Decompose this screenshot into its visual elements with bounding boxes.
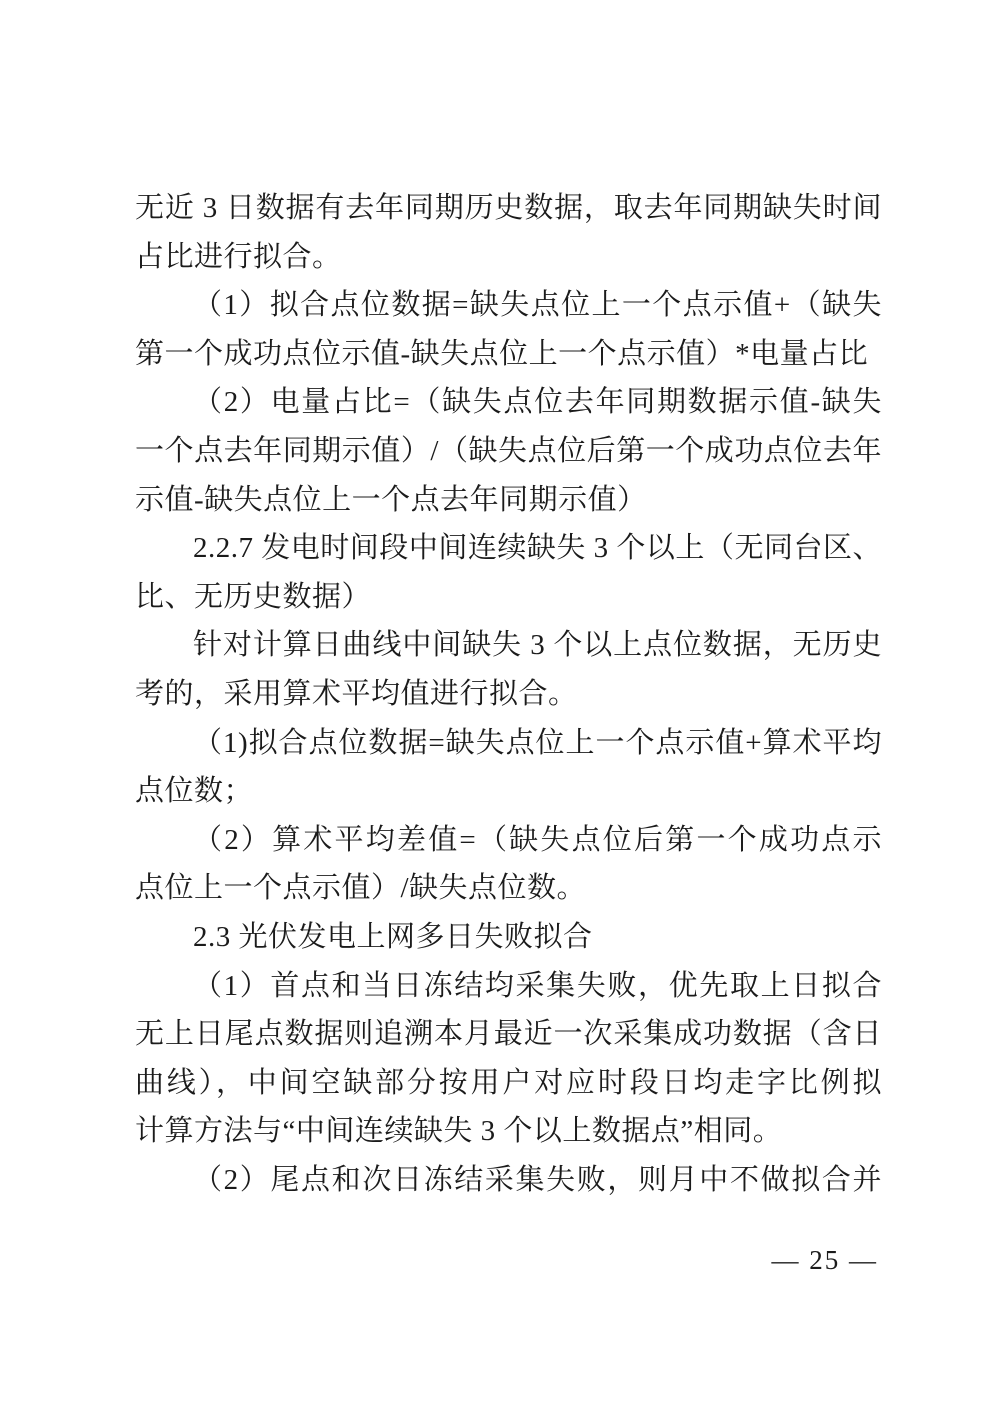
text-line: （1）首点和当日冻结均采集失败，优先取上日拟合尾点， [135,962,882,1011]
text-line: （2）算术平均差值=（缺失点位后第一个成功点示值-缺失 [135,816,882,865]
text-block: 无近 3 日数据有去年同期历史数据，取去年同期缺失时间段电量占比进行拟合。（1）… [135,184,882,1204]
text-line: 无上日尾点数据则追溯本月最近一次采集成功数据（含日冻结和 [135,1010,882,1059]
text-line: 示值-缺失点位上一个点去年同期示值） [135,476,882,525]
text-line: （2）电量占比=（缺失点位去年同期数据示值-缺失点位上 [135,378,882,427]
text-line: 2.3 光伏发电上网多日失败拟合 [135,913,882,962]
text-line: 占比进行拟合。 [135,233,882,282]
text-line: 2.2.7 发电时间段中间连续缺失 3 个以上（无同台区、无环 [135,524,882,573]
text-line: （1)拟合点位数据=缺失点位上一个点示值+算术平均差值* [135,719,882,768]
text-line: 曲线），中间空缺部分按用户对应时段日均走字比例拟合，拟合 [135,1059,882,1108]
text-line: 一个点去年同期示值）/（缺失点位后第一个成功点位去年同期 [135,427,882,476]
text-line: （1）拟合点位数据=缺失点位上一个点示值+（缺失点位后 [135,281,882,330]
text-line: 针对计算日曲线中间缺失 3 个以上点位数据，无历史数据参 [135,621,882,670]
text-line: 考的，采用算术平均值进行拟合。 [135,670,882,719]
text-line: 点位上一个点示值）/缺失点位数。 [135,864,882,913]
text-line: 计算方法与“中间连续缺失 3 个以上数据点”相同。 [135,1107,882,1156]
text-line: 点位数； [135,767,882,816]
document-page: 无近 3 日数据有去年同期历史数据，取去年同期缺失时间段电量占比进行拟合。（1）… [0,0,1000,1414]
text-line: 第一个成功点位示值-缺失点位上一个点示值）*电量占比 [135,330,882,379]
text-line: （2）尾点和次日冻结采集失败，则月中不做拟合并要求现 [135,1156,882,1205]
text-line: 比、无历史数据） [135,573,882,622]
page-number: — 25 — [772,1242,879,1278]
text-line: 无近 3 日数据有去年同期历史数据，取去年同期缺失时间段电量 [135,184,882,233]
